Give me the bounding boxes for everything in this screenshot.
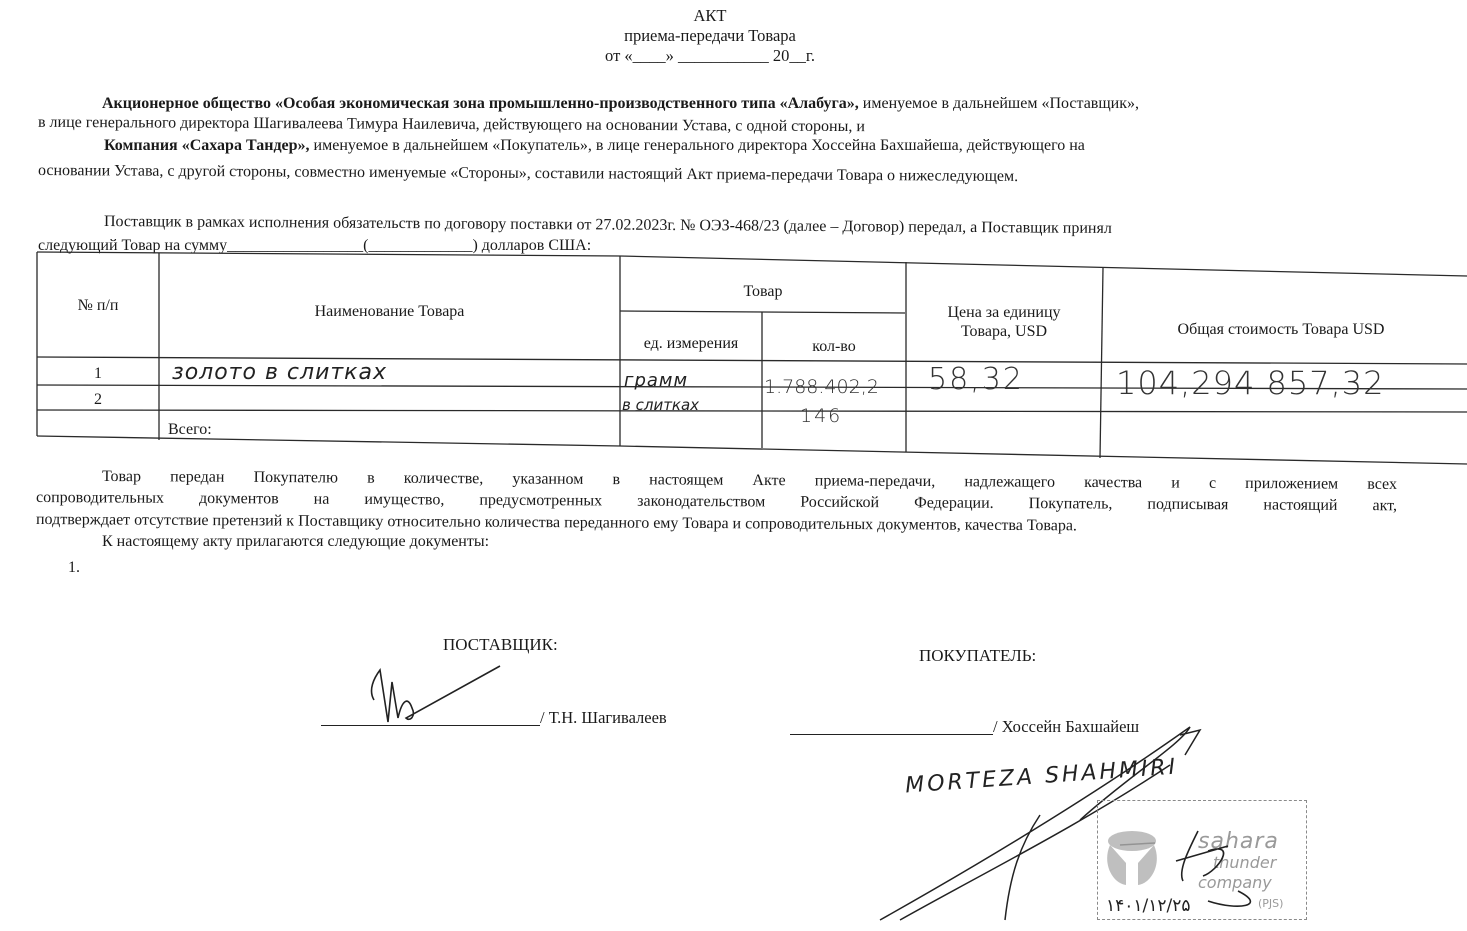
row-quantity: 146	[800, 405, 842, 427]
header-unit-price: Цена за единицу Товара, USD	[906, 303, 1102, 341]
company-stamp: sahara thunder company (PJS) ۱۴۰۱/۱۲/۲۵	[1097, 800, 1307, 920]
row-unit: грамм	[624, 370, 688, 391]
header-unit: ед. измерения	[620, 334, 762, 353]
total-row-label: Всего:	[168, 421, 212, 439]
stamp-logo-icon	[1102, 823, 1162, 893]
row-number: 2	[37, 390, 159, 409]
row-total-cost: 104,294 857,32	[1116, 364, 1384, 402]
row-quantity: 1.788.402,2	[764, 376, 879, 398]
header-unit-price-line-2: Товара, USD	[906, 322, 1102, 341]
stamp-signature-icon	[1158, 821, 1278, 911]
buyer-signature-label: ПОКУПАТЕЛЬ:	[919, 646, 1036, 666]
row-number: 1	[37, 364, 159, 383]
document-page: АКТ приема-передачи Товара от «____» ___…	[0, 0, 1467, 931]
header-total-cost: Общая стоимость Товара USD	[1103, 320, 1459, 339]
supplier-signature-label: ПОСТАВЩИК:	[443, 635, 558, 655]
row-unit-price: 58,32	[928, 362, 1024, 397]
row-goods-name: золото в слитках	[172, 360, 387, 385]
header-quantity: кол-во	[762, 337, 906, 356]
header-goods-name: Наименование Товара	[159, 302, 620, 321]
row-unit: в слитках	[622, 396, 699, 414]
attachment-item: 1.	[68, 558, 80, 578]
header-number: № п/п	[37, 296, 159, 315]
attachments-intro: К настоящему акту прилагаются следующие …	[102, 532, 489, 552]
supplier-signature-icon	[360, 660, 560, 740]
header-unit-price-line-1: Цена за единицу	[906, 303, 1102, 322]
header-goods-group: Товар	[620, 282, 906, 301]
